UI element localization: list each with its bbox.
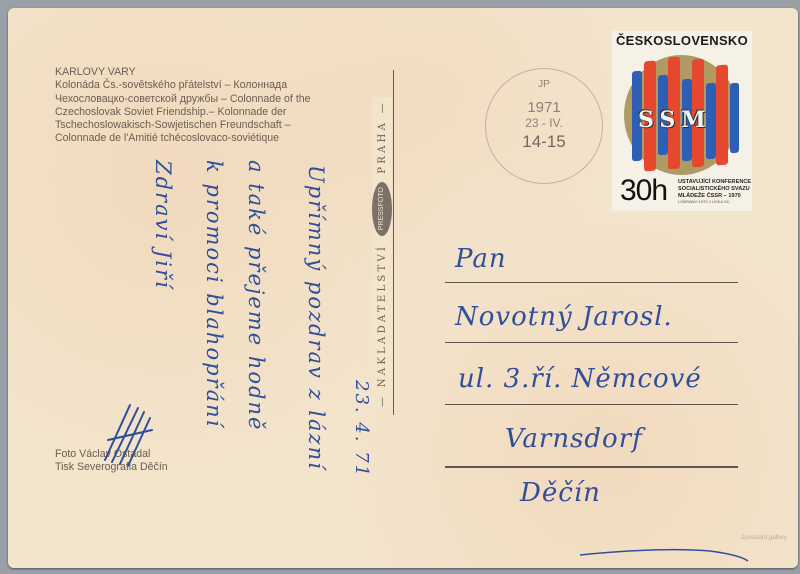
postmark-date: 23 - IV. — [486, 116, 602, 130]
address-rule — [445, 282, 738, 283]
message-line: k promoci blahopřání — [202, 160, 226, 428]
ink-stroke-icon — [580, 545, 750, 565]
stamp-text-line: USTAVUJÍCÍ KONFERENCE — [678, 179, 751, 186]
stamp-value: 30h — [620, 174, 667, 208]
center-divider — [393, 70, 394, 415]
caption-line: Чехословацко-советской дружбы – Colonnad… — [55, 93, 311, 106]
address-name: Novotný Jarosl. — [455, 302, 673, 332]
postmark-year: 1971 — [486, 99, 602, 116]
address-salutation: Pan — [455, 244, 507, 274]
publisher-name: — NAKLADATELSTVÍ — [377, 244, 388, 407]
caption-block: KARLOVY VARY Kolonáda Čs.-sovětského přá… — [55, 66, 311, 146]
address-rule — [445, 342, 738, 343]
stamp-country: ČESKOSLOVENSKO — [612, 33, 752, 48]
postmark-time: 14-15 — [486, 132, 602, 152]
stamp-emblem: SSM — [638, 107, 712, 133]
address-rule — [445, 466, 738, 468]
address-district: Děčín — [520, 478, 601, 508]
stamp-text-line: SOCIALISTICKÉHO SVAZU — [678, 186, 751, 193]
publisher-imprint: — NAKLADATELSTVÍ PRESSFOTO PRAHA — — [372, 97, 392, 410]
pressfoto-logo-icon: PRESSFOTO — [372, 182, 392, 236]
stamp-text-line: MLÁDEŽE ČSSR – 1970 — [678, 193, 751, 200]
postage-stamp: ČESKOSLOVENSKO SSM 30h USTAVUJÍCÍ KONFER… — [612, 31, 752, 211]
caption-line: Colonnade de l'Amitié tchécoslovaco-sovi… — [55, 132, 311, 145]
postmark: JP 1971 23 - IV. 14-15 — [485, 68, 603, 184]
stamp-inscription: USTAVUJÍCÍ KONFERENCE SOCIALISTICKÉHO SV… — [678, 179, 751, 206]
caption-title: KARLOVY VARY — [55, 66, 311, 79]
message-line: Upřímný pozdrav z lázní — [304, 165, 328, 471]
message-line: Zdraví Jiří — [151, 160, 175, 290]
address-street: ul. 3.ří. Němcové — [458, 364, 702, 394]
publisher-city: PRAHA — — [377, 100, 388, 174]
address-city: Varnsdorf — [505, 424, 643, 454]
message-line: a také přejeme hodně — [244, 160, 268, 431]
postmark-top: JP — [486, 79, 602, 90]
address-rule — [445, 404, 738, 405]
watermark: 2postcard.gallery — [741, 535, 787, 541]
stamp-fine-print: LOBRANO 1970 J.LISKA SC. — [678, 199, 751, 206]
stamp-flag-icon — [730, 83, 739, 154]
caption-line: Czechoslovak Soviet Friendship.– Kolonna… — [55, 106, 311, 119]
signature-scribble-icon — [100, 400, 160, 470]
stamp-flag-icon — [716, 65, 728, 166]
caption-line: Kolonáda Čs.-sovětského přátelství – Кол… — [55, 79, 311, 92]
message-date: 23. 4. 71 — [351, 380, 372, 478]
caption-line: Tschechoslowakisch-Sowjetischen Freundsc… — [55, 119, 311, 132]
